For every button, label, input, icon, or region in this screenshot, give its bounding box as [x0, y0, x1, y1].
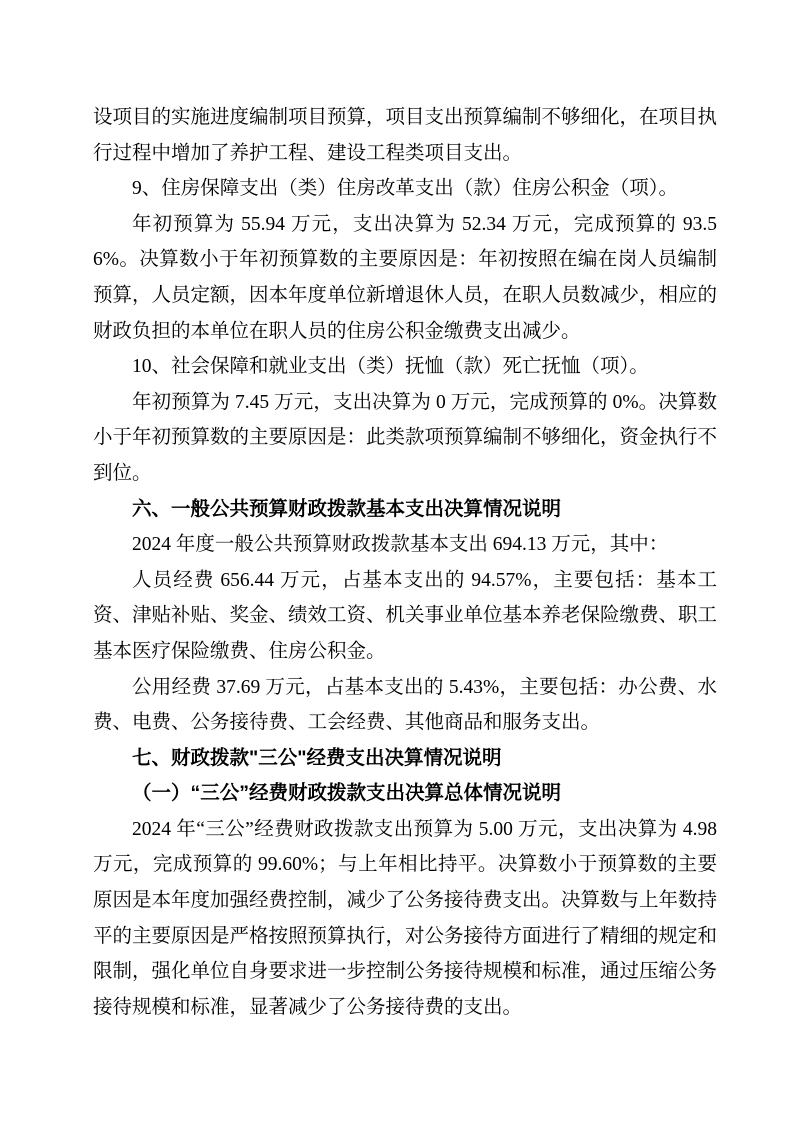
paragraph-three-public-funds-detail: 2024 年“三公”经费财政拨款支出预算为 5.00 万元，支出决算为 4.98… [93, 812, 717, 1026]
heading-section-6-basic-expenditure: 六、一般公共预算财政拨款基本支出决算情况说明 [93, 492, 717, 528]
paragraph-personnel-funds: 人员经费 656.44 万元，占基本支出的 94.57%，主要包括：基本工资、津… [93, 563, 717, 670]
document-page: 设项目的实施进度编制项目预算，项目支出预算编制不够细化，在项目执行过程中增加了养… [0, 0, 793, 1122]
paragraph-basic-expenditure-total: 2024 年度一般公共预算财政拨款基本支出 694.13 万元，其中： [93, 527, 717, 563]
paragraph-public-funds: 公用经费 37.69 万元，占基本支出的 5.43%，主要包括：办公费、水费、电… [93, 670, 717, 741]
heading-section-7-three-public-funds: 七、财政拨款"三公"经费支出决算情况说明 [93, 741, 717, 777]
paragraph-project-budget-continuation: 设项目的实施进度编制项目预算，项目支出预算编制不够细化，在项目执行过程中增加了养… [93, 100, 717, 171]
paragraph-item10-pension-title: 10、社会保障和就业支出（类）抚恤（款）死亡抚恤（项）。 [93, 349, 717, 385]
heading-section-7-1-overall-situation: （一）“三公”经费财政拨款支出决算总体情况说明 [93, 776, 717, 812]
paragraph-item9-housing-title: 9、住房保障支出（类）住房改革支出（款）住房公积金（项）。 [93, 171, 717, 207]
document-content: 设项目的实施进度编制项目预算，项目支出预算编制不够细化，在项目执行过程中增加了养… [93, 100, 717, 1025]
paragraph-item10-pension-detail: 年初预算为 7.45 万元，支出决算为 0 万元，完成预算的 0%。决算数小于年… [93, 385, 717, 492]
paragraph-item9-housing-detail: 年初预算为 55.94 万元，支出决算为 52.34 万元，完成预算的 93.5… [93, 207, 717, 349]
